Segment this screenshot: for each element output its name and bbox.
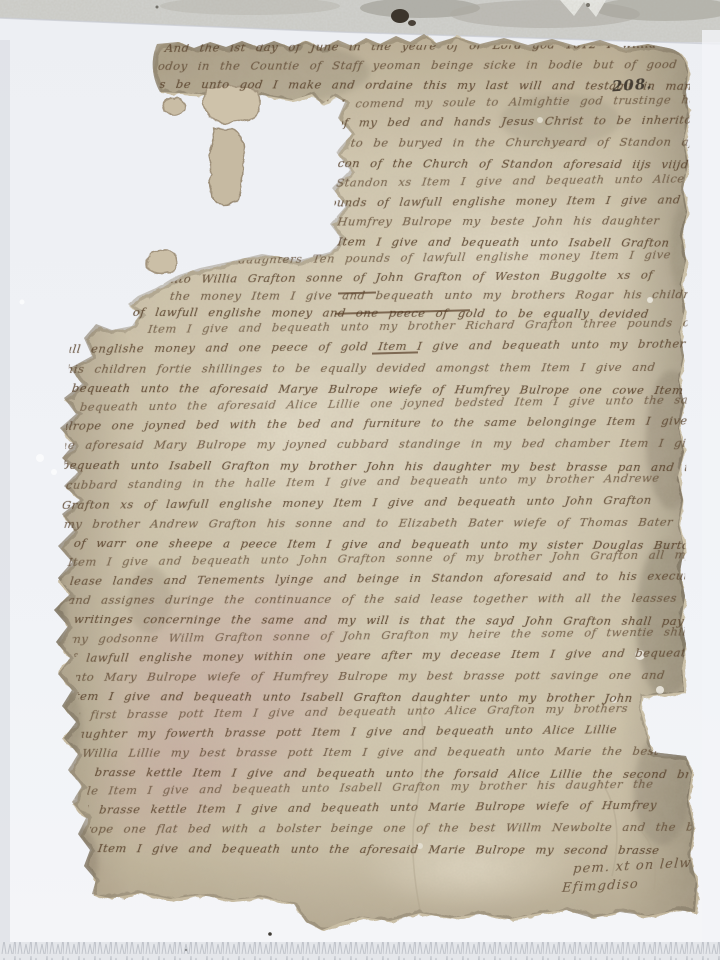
- page-number: 208.: [611, 75, 653, 96]
- right-bright-strip: [702, 30, 720, 944]
- manuscript-photo: And the ist day of June in the yeare of …: [0, 0, 720, 960]
- paper-artwork: [0, 0, 720, 960]
